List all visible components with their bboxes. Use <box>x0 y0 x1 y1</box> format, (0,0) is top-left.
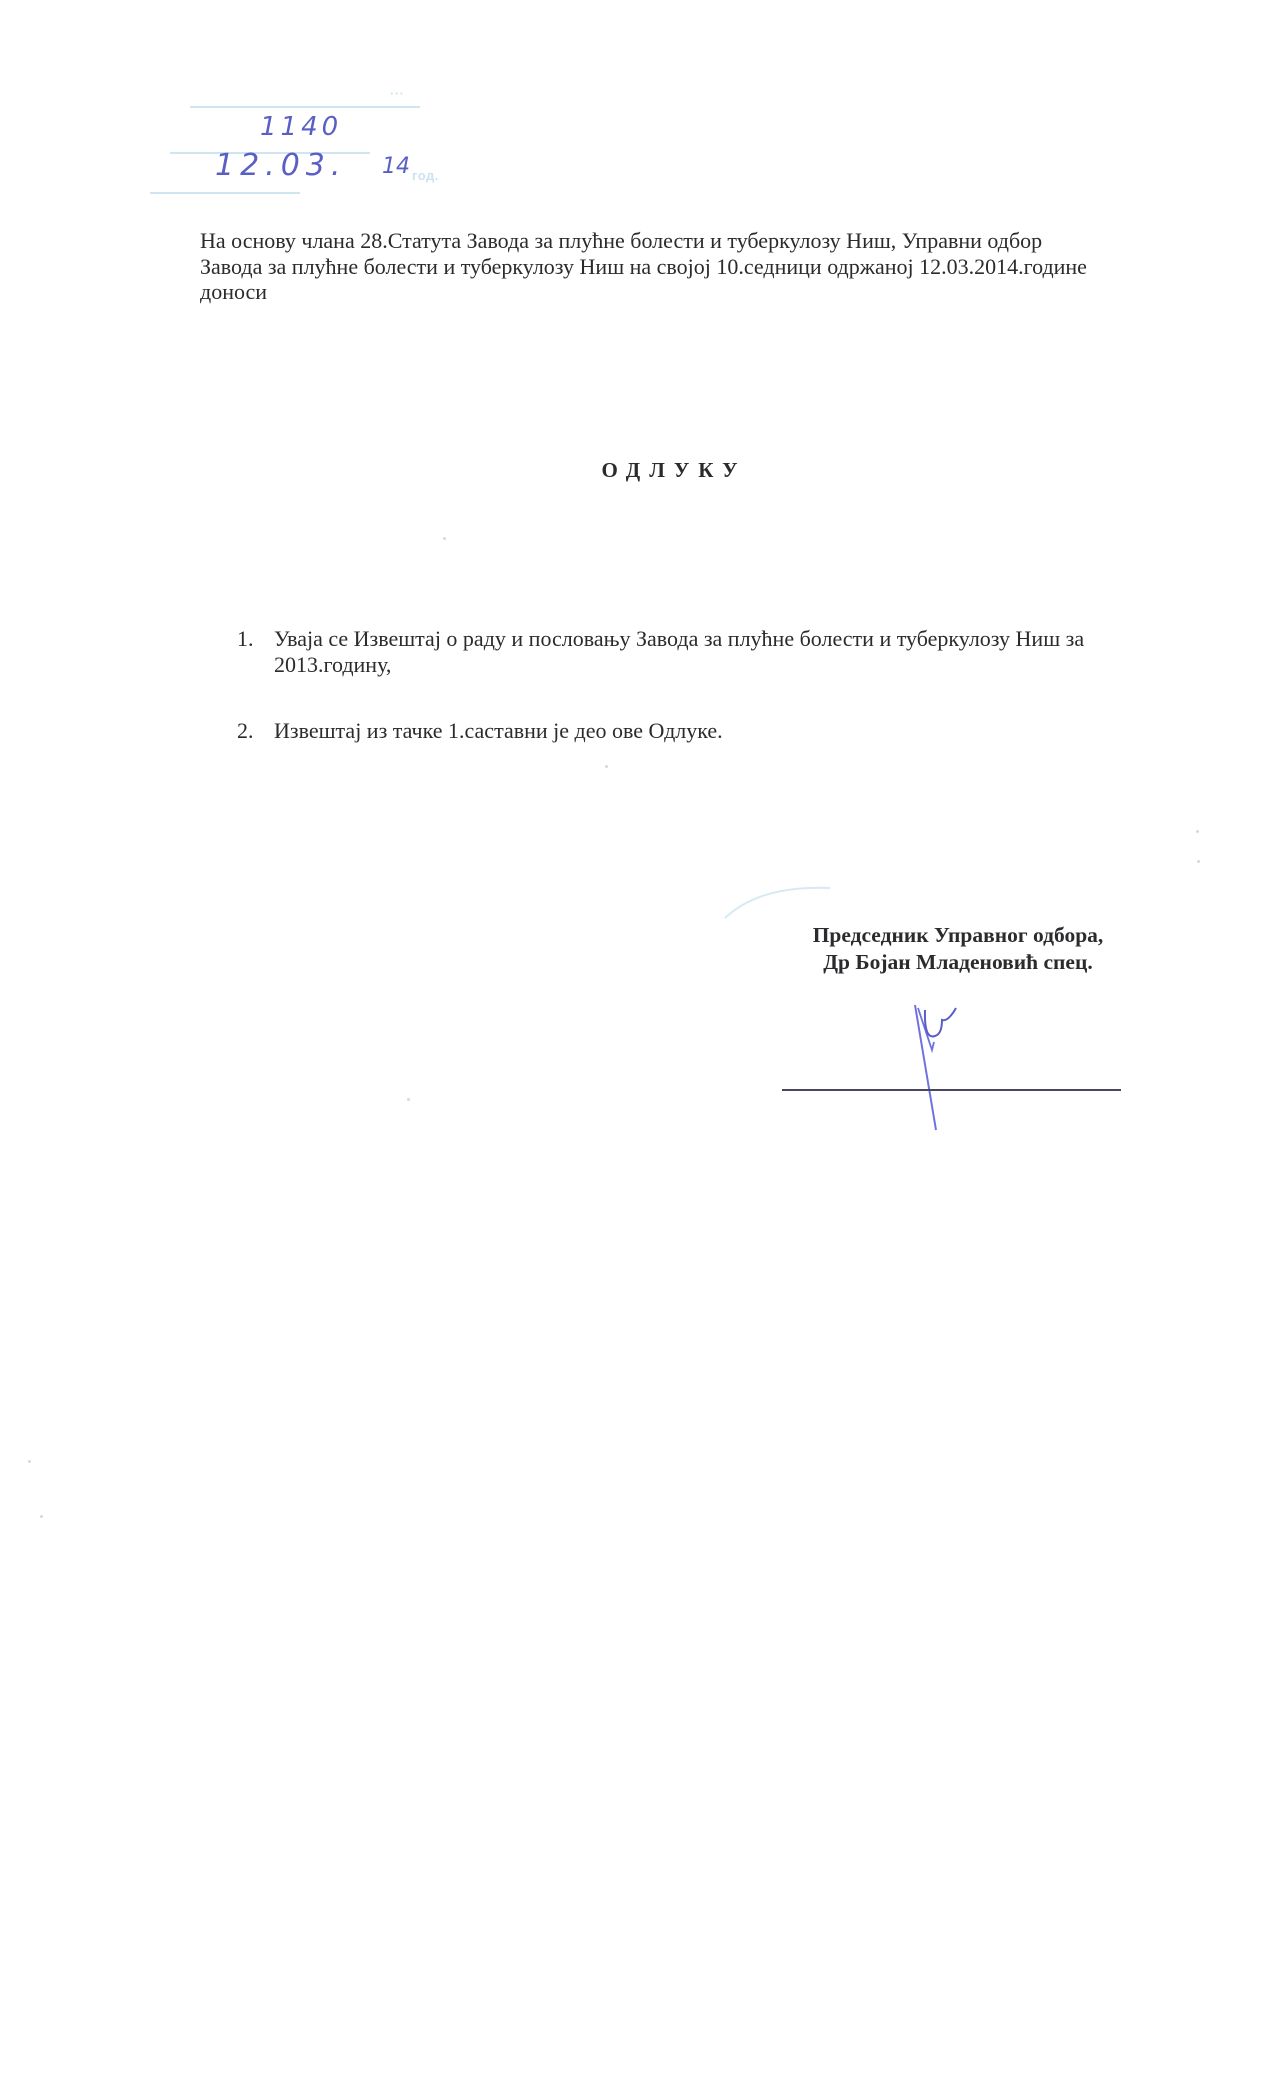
item-text: Извештај из тачке 1.саставни је део ове … <box>274 718 1137 744</box>
decision-items: 1. Уваја се Извештај о раду и пословању … <box>237 626 1137 784</box>
stamp-line <box>150 192 300 194</box>
item-number: 1. <box>237 626 274 678</box>
signatory-role: Председник Управног одбора, <box>760 922 1156 949</box>
stamp-line <box>190 106 420 108</box>
item-number: 2. <box>237 718 274 744</box>
scan-speck <box>443 537 446 540</box>
signature-line <box>782 1089 1121 1091</box>
scan-speck <box>1197 860 1200 863</box>
faint-stamp-arc <box>720 880 840 920</box>
preamble-paragraph: На основу члана 28.Статута Завода за плу… <box>200 228 1100 305</box>
document-title: ОДЛУКУ <box>0 458 1275 483</box>
handwritten-signature <box>880 990 1000 1140</box>
scan-speck <box>40 1515 43 1518</box>
handwritten-year: 14 <box>382 154 410 179</box>
signatory-name: Др Бојан Младеновић спец. <box>760 949 1156 976</box>
scan-speck <box>28 1460 31 1463</box>
signature-block: Председник Управног одбора, Др Бојан Мла… <box>760 922 1156 976</box>
handwritten-registry-number: 1140 <box>260 112 342 142</box>
scan-speck <box>605 765 608 768</box>
decision-item: 2. Извештај из тачке 1.саставни је део о… <box>237 718 1137 744</box>
decision-item: 1. Уваја се Извештај о раду и пословању … <box>237 626 1137 678</box>
stamp-faint-text: ··· <box>390 86 405 101</box>
registry-stamp: ··· год. 1140 12.03. 14 <box>150 70 480 200</box>
stamp-year-suffix: год. <box>412 168 439 183</box>
scan-speck <box>407 1098 410 1101</box>
document-page: ··· год. 1140 12.03. 14 На основу члана … <box>0 0 1275 2100</box>
item-text: Уваја се Извештај о раду и пословању Зав… <box>274 626 1137 678</box>
handwritten-date: 12.03. <box>215 148 346 183</box>
scan-speck <box>1196 830 1199 833</box>
